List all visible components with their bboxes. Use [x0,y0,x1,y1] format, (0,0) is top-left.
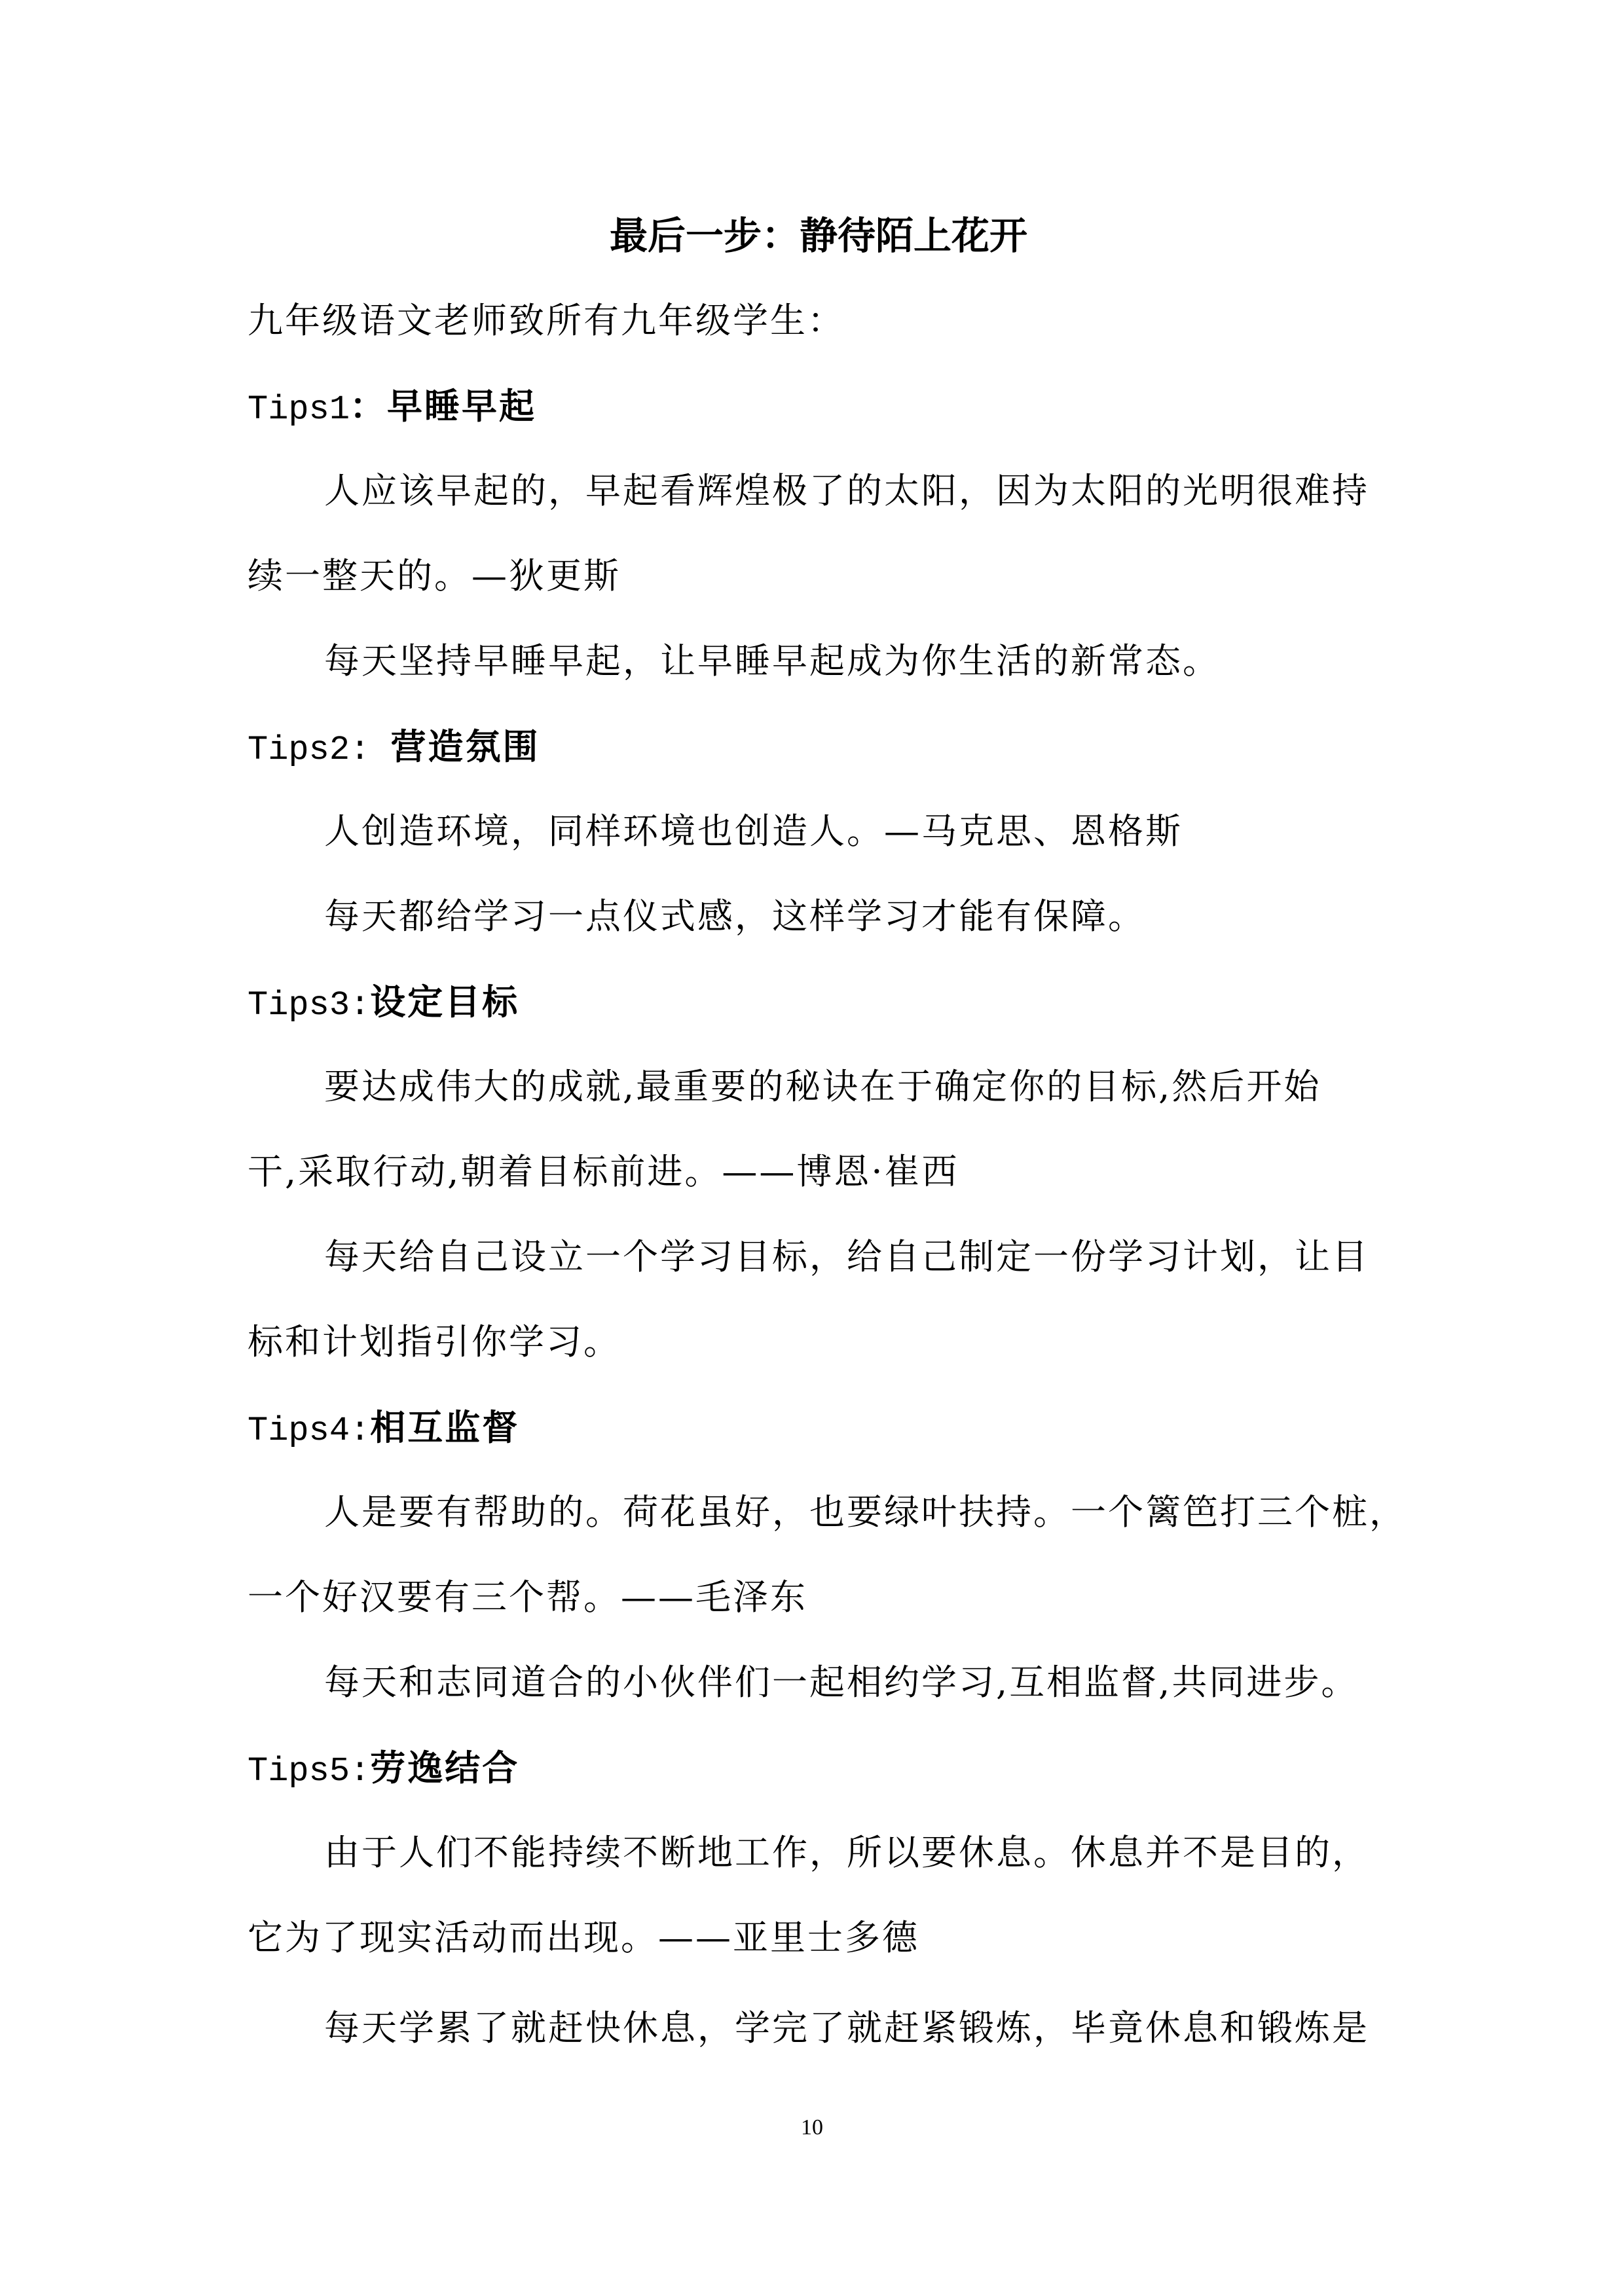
salutation: 九年级语文老师致所有九年级学生： [248,296,1380,346]
tip-label-prefix: Tips3 [248,986,350,1025]
paragraph-line: 标和计划指引你学习。 [248,1317,1380,1367]
tip-heading-2: Tips2: 营造氛围 [248,721,1380,771]
page-title: 最后一步：静待陌上花开 [0,211,1624,261]
paragraph-line: 每天都给学习一点仪式感，这样学习才能有保障。 [324,892,1380,941]
tip-label-title: 设定目标 [370,981,519,1023]
tip-label-title: 劳逸结合 [370,1747,519,1789]
paragraph-line: 一个好汉要有三个帮。——毛泽东 [248,1573,1380,1622]
paragraph-line: 干,采取行动,朝着目标前进。——博恩·崔西 [248,1147,1380,1197]
paragraph-line: 要达成伟大的成就,最重要的秘诀在于确定你的目标,然后开始 [324,1062,1380,1112]
tip-heading-1: Tips1：早睡早起 [248,381,1380,431]
tip-label-prefix: Tips2 [248,731,350,769]
paragraph-line: 它为了现实活动而出现。——亚里士多德 [248,1913,1380,1963]
tip-heading-5: Tips5:劳逸结合 [248,1743,1380,1793]
tip-label-title: 营造氛围 [390,725,540,767]
paragraph-line: 每天和志同道合的小伙伴们一起相约学习,互相监督,共同进步。 [324,1658,1380,1707]
paragraph-line: 由于人们不能持续不断地工作，所以要休息。休息并不是目的， [324,1828,1380,1878]
paragraph-line: 人是要有帮助的。荷花虽好，也要绿叶扶持。一个篱笆打三个桩， [324,1487,1380,1537]
page-number: 10 [0,2113,1624,2142]
paragraph-line: 每天给自己设立一个学习目标，给自己制定一份学习计划，让目 [324,1232,1380,1282]
tip-label-separator: : [350,986,370,1025]
paragraph-line: 人创造环境，同样环境也创造人。—马克思、恩格斯 [324,807,1380,856]
paragraph-line: 续一整天的。—狄更斯 [248,551,1380,601]
tip-label-prefix: Tips4 [248,1412,350,1450]
tip-label-separator: : [350,1752,370,1791]
tip-heading-4: Tips4:相互监督 [248,1402,1380,1452]
tip-label-prefix: Tips5 [248,1752,350,1791]
tip-label-title: 早睡早起 [387,385,536,427]
paragraph-line: 人应该早起的，早起看辉煌极了的太阳，因为太阳的光明很难持 [324,466,1380,516]
tip-heading-3: Tips3:设定目标 [248,977,1380,1027]
tip-label-separator: : [350,1412,370,1450]
document-page: 最后一步：静待陌上花开 九年级语文老师致所有九年级学生： Tips1：早睡早起 … [0,0,1624,2296]
tip-label-separator: ： [350,385,387,427]
paragraph-line: 每天坚持早睡早起，让早睡早起成为你生活的新常态。 [324,636,1380,686]
tip-label-title: 相互监督 [370,1406,519,1448]
tip-label-prefix: Tips1 [248,390,350,429]
paragraph-line: 每天学累了就赶快休息，学完了就赶紧锻炼，毕竟休息和锻炼是 [324,2003,1380,2053]
tip-label-separator: : [350,731,390,769]
